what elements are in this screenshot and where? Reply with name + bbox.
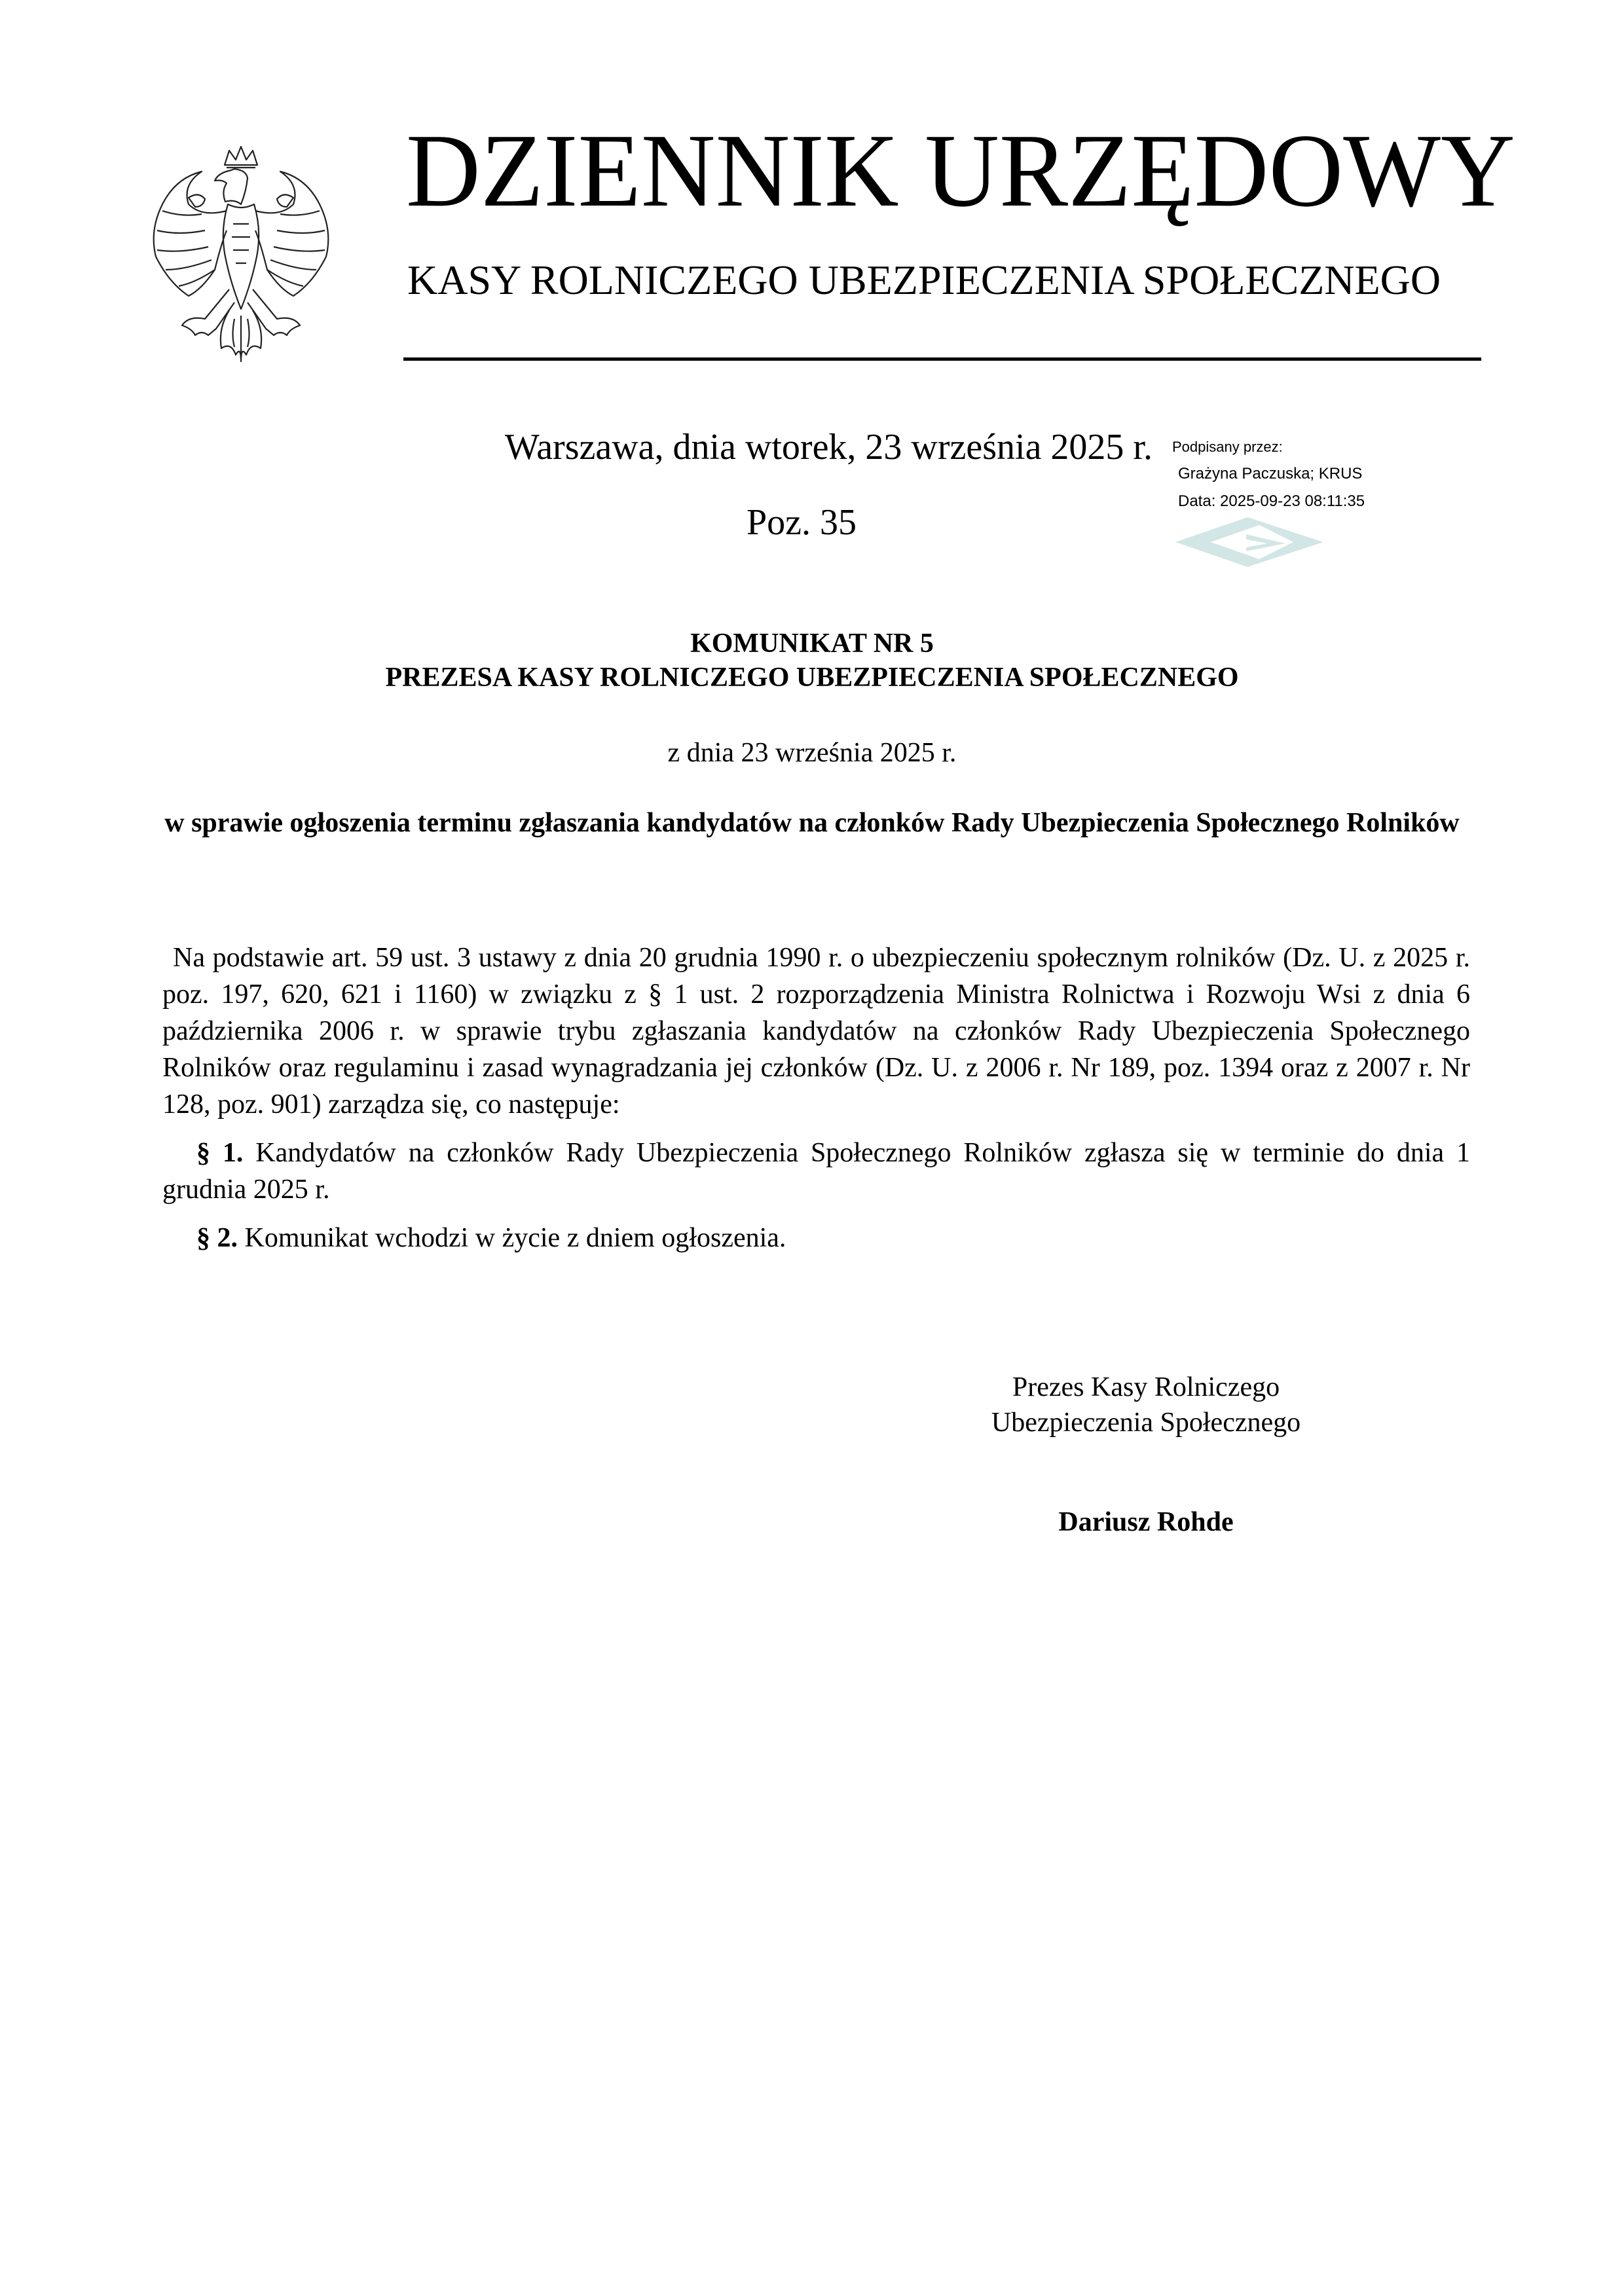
- act-subject: w sprawie ogłoszenia terminu zgłaszania …: [157, 805, 1467, 841]
- issue-place-date: Warszawa, dnia wtorek, 23 września 2025 …: [0, 426, 1153, 469]
- signatory-office: Prezes Kasy Rolniczego Ubezpieczenia Spo…: [917, 1370, 1375, 1440]
- signature-signer: Grażyna Paczuska; KRUS: [1178, 465, 1362, 483]
- act-body: Na podstawie art. 59 ust. 3 ustawy z dni…: [162, 939, 1470, 1268]
- journal-title: DZIENNIK URZĘDOWY: [406, 118, 1477, 223]
- paragraph-2: § 2. Komunikat wchodzi w życie z dniem o…: [162, 1220, 1470, 1256]
- act-issuer: PREZESA KASY ROLNICZEGO UBEZPIECZENIA SP…: [0, 661, 1624, 694]
- paragraph-1-text: Kandydatów na członków Rady Ubezpieczeni…: [162, 1138, 1470, 1205]
- issue-place-date-text: Warszawa, dnia wtorek, 23 września 2025 …: [505, 426, 1153, 469]
- paragraph-1: § 1. Kandydatów na członków Rady Ubezpie…: [162, 1135, 1470, 1208]
- paragraph-2-text: Komunikat wchodzi w życie z dniem ogłosz…: [245, 1223, 786, 1253]
- polish-eagle-emblem-icon: [143, 139, 339, 365]
- journal-subtitle: KASY ROLNICZEGO UBEZPIECZENIA SPOŁECZNEG…: [407, 259, 1441, 301]
- signature-date: Data: 2025-09-23 08:11:35: [1178, 492, 1365, 511]
- signature-label: Podpisany przez:: [1172, 439, 1283, 456]
- signatory-office-line-1: Prezes Kasy Rolniczego: [917, 1370, 1375, 1405]
- signatory-name: Dariusz Rohde: [917, 1506, 1375, 1539]
- act-type: KOMUNIKAT NR 5: [0, 627, 1624, 660]
- masthead-divider: [403, 357, 1481, 361]
- digital-signature-stamp: Podpisany przez: Grażyna Paczuska; KRUS …: [1172, 439, 1395, 583]
- signature-validity-mark-icon: [1175, 517, 1326, 570]
- preamble: Na podstawie art. 59 ust. 3 ustawy z dni…: [162, 939, 1470, 1123]
- paragraph-2-number: § 2.: [196, 1223, 238, 1253]
- issue-position: Poz. 35: [747, 501, 857, 545]
- paragraph-1-number: § 1.: [196, 1138, 243, 1168]
- signatory-office-line-2: Ubezpieczenia Społecznego: [917, 1405, 1375, 1440]
- act-date: z dnia 23 września 2025 r.: [0, 737, 1624, 769]
